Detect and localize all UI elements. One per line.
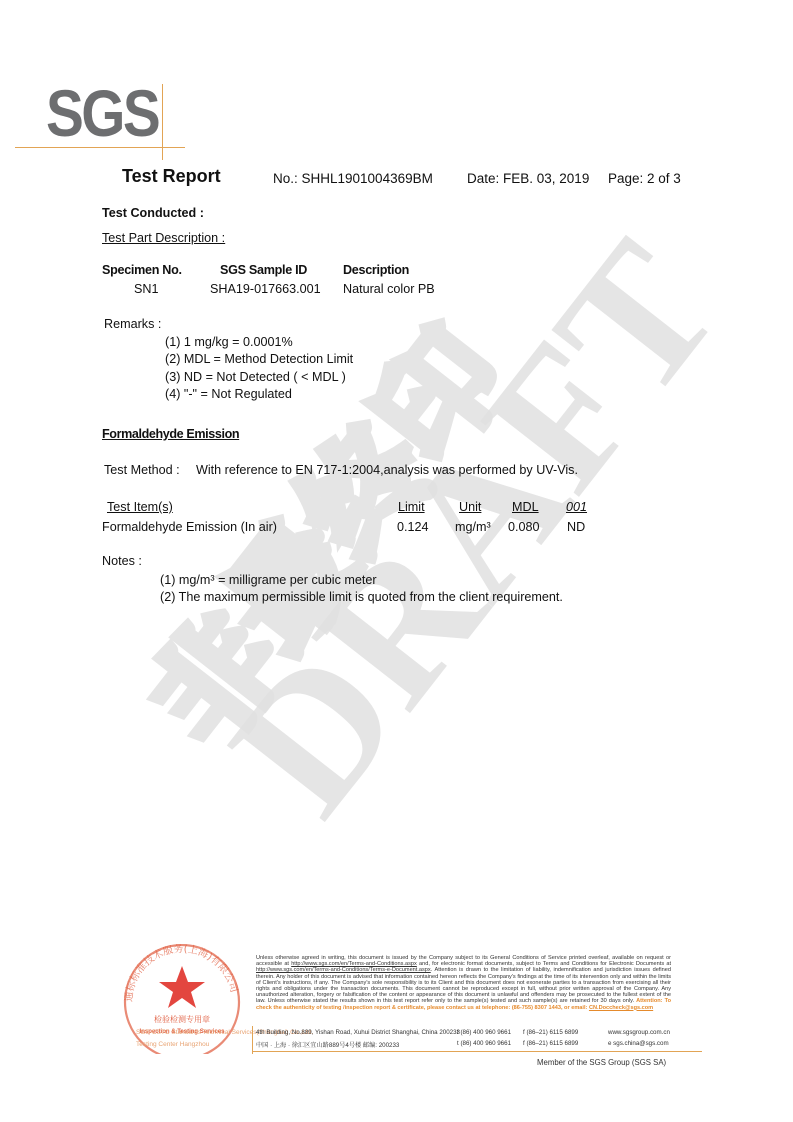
- result-unit: mg/m³: [455, 520, 491, 534]
- report-number: No.: SHHL1901004369BM: [273, 171, 433, 186]
- specimen-description: Natural color PB: [343, 282, 435, 296]
- sgs-logo: SGS: [46, 80, 158, 146]
- result-mdl: 0.080: [508, 520, 540, 534]
- specimen-header-no: Specimen No.: [102, 263, 182, 277]
- remarks-label: Remarks :: [104, 317, 161, 331]
- results-header-sample: 001: [566, 500, 587, 514]
- report-date: Date: FEB. 03, 2019: [467, 171, 589, 186]
- remark-item: (3) ND = Not Detected ( < MDL ): [165, 370, 346, 384]
- test-method-value: With reference to EN 717-1:2004,analysis…: [196, 463, 578, 477]
- note-item: (2) The maximum permissible limit is quo…: [160, 590, 563, 604]
- remark-item: (4) "-" = Not Regulated: [165, 387, 292, 401]
- notes-label: Notes :: [102, 554, 142, 568]
- results-header-unit: Unit: [459, 500, 481, 514]
- test-part-description-label: Test Part Description :: [102, 231, 225, 245]
- remark-item: (2) MDL = Method Detection Limit: [165, 352, 353, 366]
- address-cn: 中国 · 上海 · 徐汇区宜山路889号4号楼 邮编: 200233: [256, 1040, 399, 1049]
- legal-disclaimer: Unless otherwise agreed in writing, this…: [256, 955, 671, 1011]
- logo-vertical-rule: [162, 84, 163, 160]
- result-sample-value: ND: [567, 520, 585, 534]
- phone-1: t (86) 400 960 9661: [457, 1029, 511, 1036]
- remark-item: (1) 1 mg/kg = 0.0001%: [165, 335, 293, 349]
- result-limit: 0.124: [397, 520, 429, 534]
- seal-icon: 通标标准技术服务(上海)有限公司 检验检测专用章 Inspection & Te…: [120, 944, 245, 1054]
- fax-2: f (86–21) 6115 6899: [523, 1040, 578, 1047]
- footer-horizontal-rule: [252, 1051, 702, 1052]
- logo-horizontal-rule: [15, 147, 185, 148]
- legal-text: . Attention is drawn to the limitation o…: [256, 967, 671, 1004]
- test-method-label: Test Method :: [104, 463, 180, 477]
- fax-1: f (86–21) 6115 6899: [523, 1029, 578, 1036]
- results-header-limit: Limit: [398, 500, 425, 514]
- results-header-mdl: MDL: [512, 500, 539, 514]
- member-statement: Member of the SGS Group (SGS SA): [537, 1058, 666, 1067]
- note-item: (1) mg/m³ = milligrame per cubic meter: [160, 573, 377, 587]
- report-title: Test Report: [122, 166, 221, 187]
- specimen-header-sample-id: SGS Sample ID: [220, 263, 307, 277]
- seal-center-cn: 检验检测专用章: [154, 1014, 210, 1024]
- specimen-no: SN1: [134, 282, 159, 296]
- specimen-header-description: Description: [343, 263, 409, 277]
- seal-label-line2: Testing Center Hangzhou: [136, 1041, 209, 1048]
- page-indicator: Page: 2 of 3: [608, 171, 681, 186]
- address-en: 4th Building, No.889, Yishan Road, Xuhui…: [256, 1029, 460, 1036]
- footer-vertical-rule: [252, 1026, 253, 1054]
- section-title: Formaldehyde Emission: [102, 427, 239, 441]
- results-header-item: Test Item(s): [107, 500, 173, 514]
- phone-2: t (86) 400 960 9661: [457, 1040, 511, 1047]
- sample-id: SHA19-017663.001: [210, 282, 321, 296]
- contact-email-link[interactable]: e sgs.china@sgs.com: [608, 1040, 669, 1047]
- terms-link[interactable]: http://www.sgs.com/en/Terms-and-Conditio…: [291, 961, 417, 967]
- legal-text: and, for electronic format documents, su…: [417, 961, 671, 967]
- doccheck-email-link[interactable]: CN.Doccheck@sgs.com: [589, 1005, 653, 1011]
- e-document-terms-link[interactable]: http://www.sgs.com/en/Terms-and-Conditio…: [256, 967, 431, 973]
- star-icon: [159, 966, 205, 1008]
- result-item: Formaldehyde Emission (In air): [102, 520, 277, 534]
- website-link[interactable]: www.sgsgroup.com.cn: [608, 1029, 670, 1036]
- test-conducted-heading: Test Conducted :: [102, 206, 204, 220]
